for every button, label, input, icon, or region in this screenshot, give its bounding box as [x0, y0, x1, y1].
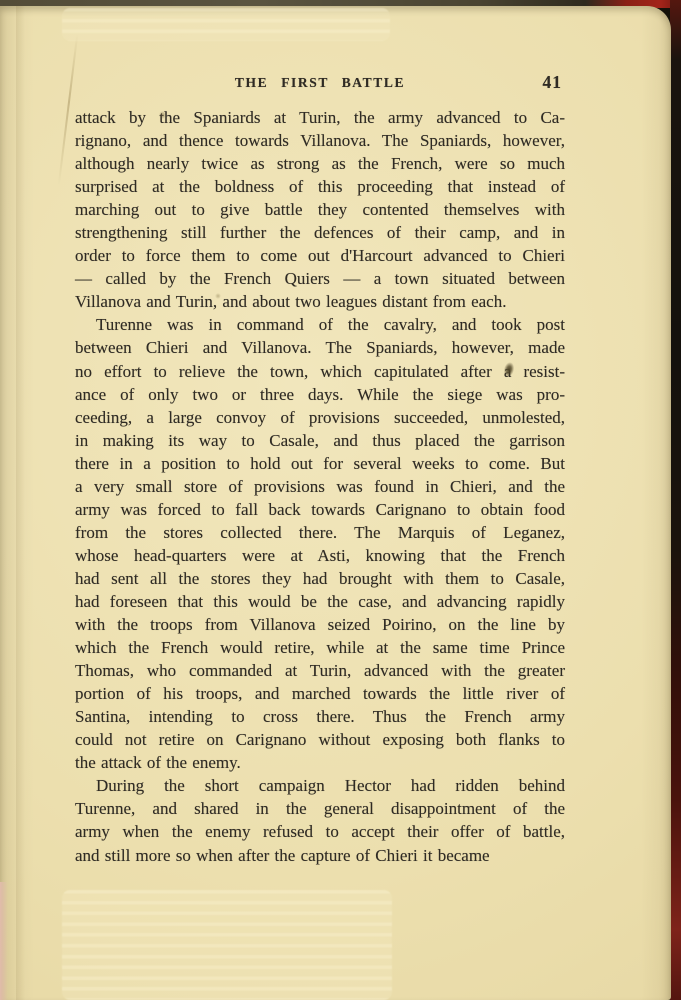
page-number: 41 [543, 72, 563, 93]
running-head: THE FIRST BATTLE 41 [75, 72, 565, 96]
text-line: Thomas, who commanded at Turin, advanced… [75, 659, 565, 682]
text-line: Turenne, and shared in the general disap… [75, 797, 565, 820]
text-line: ceeding, a large convoy of provisions su… [75, 406, 565, 429]
text-line: there in a position to hold out for seve… [75, 452, 565, 475]
text-line: no effort to relieve the town, which cap… [75, 360, 565, 383]
text-line: whose head-quarters were at Asti, knowin… [75, 544, 565, 567]
text-line: marching out to give battle they content… [75, 198, 565, 221]
text-line: surprised at the boldness of this procee… [75, 175, 565, 198]
body-text: attack by the Spaniards at Turin, the ar… [75, 106, 565, 867]
text-line: During the short campaign Hector had rid… [75, 774, 565, 797]
showthrough-bottom [62, 890, 392, 1000]
showthrough-top [62, 8, 390, 41]
book-page-scan: THE FIRST BATTLE 41 attack by the Spania… [0, 0, 681, 1000]
text-line: a very small store of provisions was fou… [75, 475, 565, 498]
text-line: the attack of the enemy. [75, 751, 565, 774]
text-line: between Chieri and Villanova. The Spania… [75, 336, 565, 359]
text-line: army was forced to fall back towards Car… [75, 498, 565, 521]
text-line: attack by the Spaniards at Turin, the ar… [75, 106, 565, 129]
text-line: from the stores collected there. The Mar… [75, 521, 565, 544]
text-line: could not retire on Carignano without ex… [75, 728, 565, 751]
text-line: portion of his troops, and marched towar… [75, 682, 565, 705]
text-line: with the troops from Villanova seized Po… [75, 613, 565, 636]
chapter-title: THE FIRST BATTLE [235, 75, 405, 91]
text-line: — called by the French Quiers — a town s… [75, 267, 565, 290]
text-line: Villanova and Turin, and about two leagu… [75, 290, 565, 313]
text-line: ance of only two or three days. While th… [75, 383, 565, 406]
page: THE FIRST BATTLE 41 attack by the Spania… [0, 6, 671, 1000]
text-line: and still more so when after the capture… [75, 844, 565, 867]
text-line: had foreseen that this would be the case… [75, 590, 565, 613]
text-line: Turenne was in command of the cavalry, a… [75, 313, 565, 336]
text-line: strengthening still further the defences… [75, 221, 565, 244]
text-line: in making its way to Casale, and thus pl… [75, 429, 565, 452]
text-line: although nearly twice as strong as the F… [75, 152, 565, 175]
paper-crease [16, 6, 25, 1000]
text-line: rignano, and thence towards Villanova. T… [75, 129, 565, 152]
page-edge-tint [0, 882, 8, 1000]
book-cover-edge [670, 0, 681, 1000]
text-line: which the French would retire, while at … [75, 636, 565, 659]
text-line: order to force them to come out d'Harcou… [75, 244, 565, 267]
text-line: army when the enemy refused to accept th… [75, 820, 565, 843]
text-line: had sent all the stores they had brought… [75, 567, 565, 590]
text-line: Santina, intending to cross there. Thus … [75, 705, 565, 728]
